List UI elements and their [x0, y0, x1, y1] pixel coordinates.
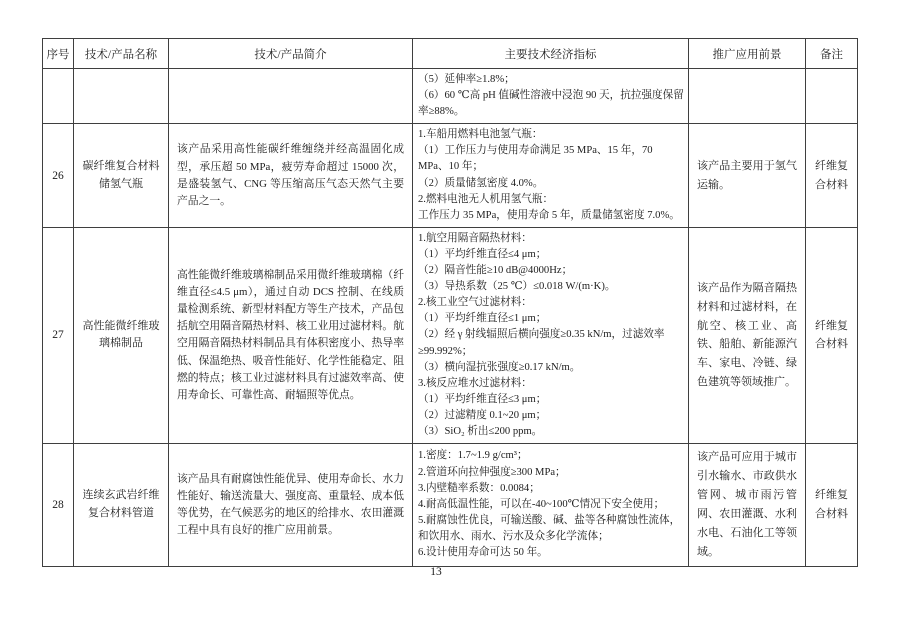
- cell-serial: 28: [43, 444, 74, 566]
- cell-product-intro: 该产品采用高性能碳纤维缠绕并经高温固化成型，承压超 50 MPa，疲劳寿命超过 …: [169, 124, 413, 228]
- header-remark: 备注: [806, 39, 858, 69]
- header-product-name: 技术/产品名称: [74, 39, 169, 69]
- cell-serial: 27: [43, 227, 74, 443]
- products-table: 序号 技术/产品名称 技术/产品简介 主要技术经济指标 推广应用前景 备注 （5…: [42, 38, 858, 567]
- cell-prospect: [689, 69, 806, 124]
- cell-remark: [806, 69, 858, 124]
- cell-prospect: 该产品主要用于氢气运输。: [689, 124, 806, 228]
- cell-remark: 纤维复合材料: [806, 444, 858, 566]
- table-row-26: 26 碳纤维复合材料储氢气瓶 该产品采用高性能碳纤维缠绕并经高温固化成型，承压超…: [43, 124, 858, 228]
- cell-remark: 纤维复合材料: [806, 124, 858, 228]
- cell-prospect: 该产品可应用于城市引水输水、市政供水管网、城市雨污管网、农田灌溉、水利水电、石油…: [689, 444, 806, 566]
- table-row-28: 28 连续玄武岩纤维复合材料管道 该产品具有耐腐蚀性能优异、使用寿命长、水力性能…: [43, 444, 858, 566]
- cell-product-name: 高性能微纤维玻璃棉制品: [74, 227, 169, 443]
- table-header-row: 序号 技术/产品名称 技术/产品简介 主要技术经济指标 推广应用前景 备注: [43, 39, 858, 69]
- table-row-27: 27 高性能微纤维玻璃棉制品 高性能微纤维玻璃棉制品采用微纤维玻璃棉（纤维直径≤…: [43, 227, 858, 443]
- header-serial: 序号: [43, 39, 74, 69]
- cell-indicators: 1.航空用隔音隔热材料： （1）平均纤维直径≤4 μm； （2）隔音性能≥10 …: [413, 227, 689, 443]
- cell-indicators: 1.车船用燃料电池氢气瓶： （1）工作压力与使用寿命满足 35 MPa、15 年…: [413, 124, 689, 228]
- table-row-continuation: （5）延伸率≥1.8%； （6）60 ℃高 pH 值碱性溶液中浸泡 90 天，抗…: [43, 69, 858, 124]
- cell-prospect: 该产品作为隔音隔热材料和过滤材料，在航空、核工业、高铁、船舶、新能源汽车、家电、…: [689, 227, 806, 443]
- cell-indicators: 1.密度：1.7~1.9 g/cm³； 2.管道环向拉伸强度≥300 MPa； …: [413, 444, 689, 566]
- cell-serial: 26: [43, 124, 74, 228]
- cell-product-intro: 该产品具有耐腐蚀性能优异、使用寿命长、水力性能好、输送流量大、强度高、重量轻、成…: [169, 444, 413, 566]
- header-indicators: 主要技术经济指标: [413, 39, 689, 69]
- header-product-intro: 技术/产品简介: [169, 39, 413, 69]
- page-number: 13: [0, 566, 872, 578]
- cell-product-name: 碳纤维复合材料储氢气瓶: [74, 124, 169, 228]
- cell-product-name: [74, 69, 169, 124]
- cell-product-intro: 高性能微纤维玻璃棉制品采用微纤维玻璃棉（纤维直径≤4.5 μm），通过自动 DC…: [169, 227, 413, 443]
- cell-product-name: 连续玄武岩纤维复合材料管道: [74, 444, 169, 566]
- cell-product-intro: [169, 69, 413, 124]
- cell-serial: [43, 69, 74, 124]
- cell-indicators: （5）延伸率≥1.8%； （6）60 ℃高 pH 值碱性溶液中浸泡 90 天，抗…: [413, 69, 689, 124]
- header-prospect: 推广应用前景: [689, 39, 806, 69]
- cell-remark: 纤维复合材料: [806, 227, 858, 443]
- document-page: 序号 技术/产品名称 技术/产品简介 主要技术经济指标 推广应用前景 备注 （5…: [0, 0, 900, 636]
